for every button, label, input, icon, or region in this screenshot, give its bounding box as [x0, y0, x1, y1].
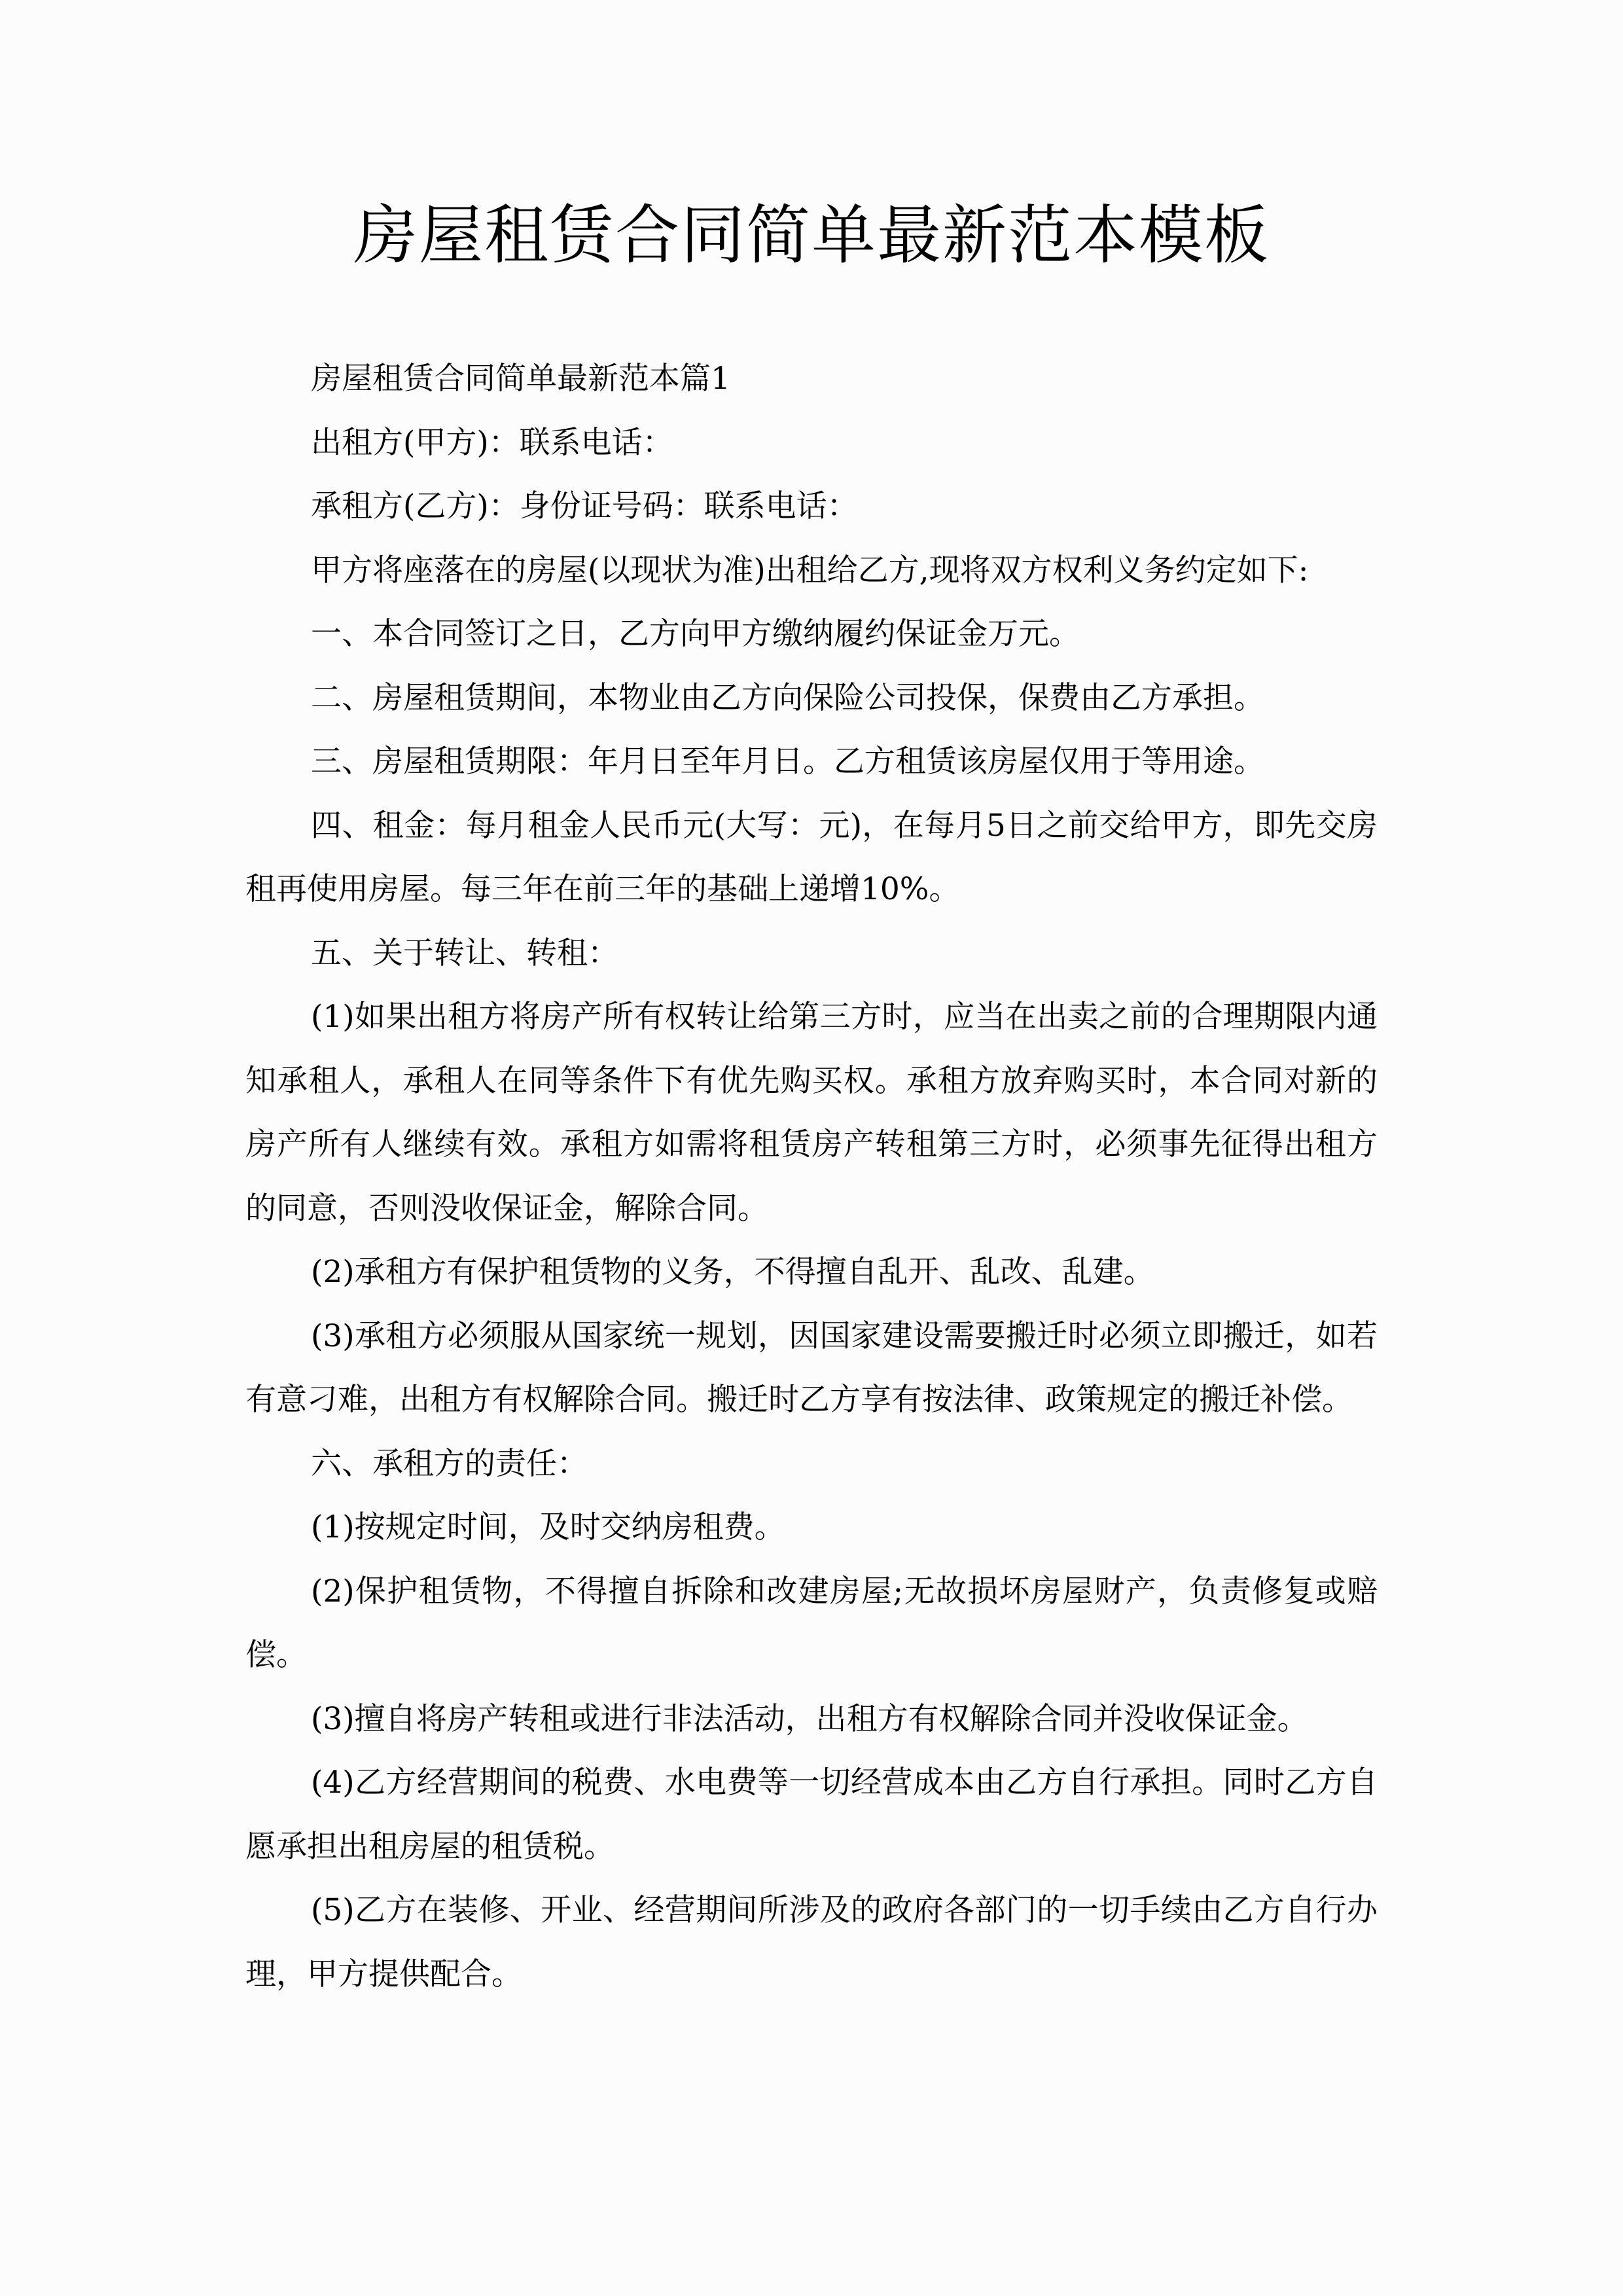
clause-6-item-2: (2)保护租赁物，不得擅自拆除和改建房屋;无故损坏房屋财产，负责修复或赔偿。: [245, 1560, 1378, 1687]
document-page: 房屋租赁合同简单最新范本模板 房屋租赁合同简单最新范本篇1 出租方(甲方)：联系…: [0, 0, 1623, 2296]
document-body: 房屋租赁合同简单最新范本篇1 出租方(甲方)：联系电话： 承租方(乙方)：身份证…: [245, 347, 1378, 2006]
lessor-info: 出租方(甲方)：联系电话：: [245, 411, 1378, 475]
document-title: 房屋租赁合同简单最新范本模板: [0, 196, 1623, 275]
clause-2-insurance: 二、房屋租赁期间，本物业由乙方向保险公司投保，保费由乙方承担。: [245, 666, 1378, 730]
clause-5-heading: 五、关于转让、转租：: [245, 922, 1378, 986]
clause-1-deposit: 一、本合同签订之日，乙方向甲方缴纳履约保证金万元。: [245, 602, 1378, 666]
clause-6-item-4: (4)乙方经营期间的税费、水电费等一切经营成本由乙方自行承担。同时乙方自愿承担出…: [245, 1751, 1378, 1878]
clause-5-item-3: (3)承租方必须服从国家统一规划，因国家建设需要搬迁时必须立即搬迁，如若有意刁难…: [245, 1304, 1378, 1432]
clause-5-item-1: (1)如果出租方将房产所有权转让给第三方时，应当在出卖之前的合理期限内通知承租人…: [245, 985, 1378, 1240]
clause-6-item-1: (1)按规定时间，及时交纳房租费。: [245, 1496, 1378, 1560]
clause-5-item-2: (2)承租方有保护租赁物的义务，不得擅自乱开、乱改、乱建。: [245, 1240, 1378, 1304]
clause-6-item-3: (3)擅自将房产转租或进行非法活动，出租方有权解除合同并没收保证金。: [245, 1687, 1378, 1751]
clause-4-rent: 四、租金：每月租金人民币元(大写：元)，在每月5日之前交给甲方，即先交房租再使用…: [245, 794, 1378, 922]
section-heading: 房屋租赁合同简单最新范本篇1: [245, 347, 1378, 411]
clause-6-heading: 六、承租方的责任：: [245, 1432, 1378, 1496]
clause-6-item-5: (5)乙方在装修、开业、经营期间所涉及的政府各部门的一切手续由乙方自行办理，甲方…: [245, 1878, 1378, 2006]
clause-3-term: 三、房屋租赁期限：年月日至年月日。乙方租赁该房屋仅用于等用途。: [245, 730, 1378, 794]
lessee-info: 承租方(乙方)：身份证号码：联系电话：: [245, 475, 1378, 539]
preamble: 甲方将座落在的房屋(以现状为准)出租给乙方,现将双方权利义务约定如下:: [245, 539, 1378, 603]
